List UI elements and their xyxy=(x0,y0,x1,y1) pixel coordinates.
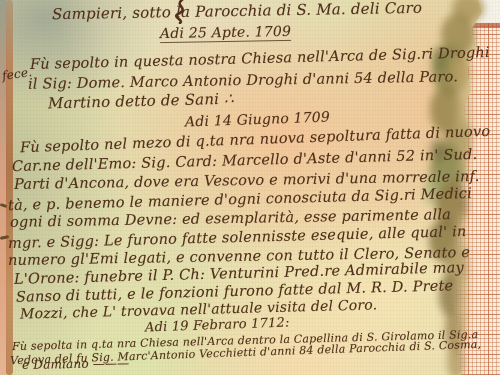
manuscript-date-line: Adi 25 Apte. 1709 xyxy=(160,25,291,43)
manuscript-line: e Damiano ——— xyxy=(22,357,130,371)
binding-edge-line xyxy=(6,0,13,375)
manuscript-photo: Sampieri, sotto la Parocchia di S. Ma. d… xyxy=(0,0,500,375)
